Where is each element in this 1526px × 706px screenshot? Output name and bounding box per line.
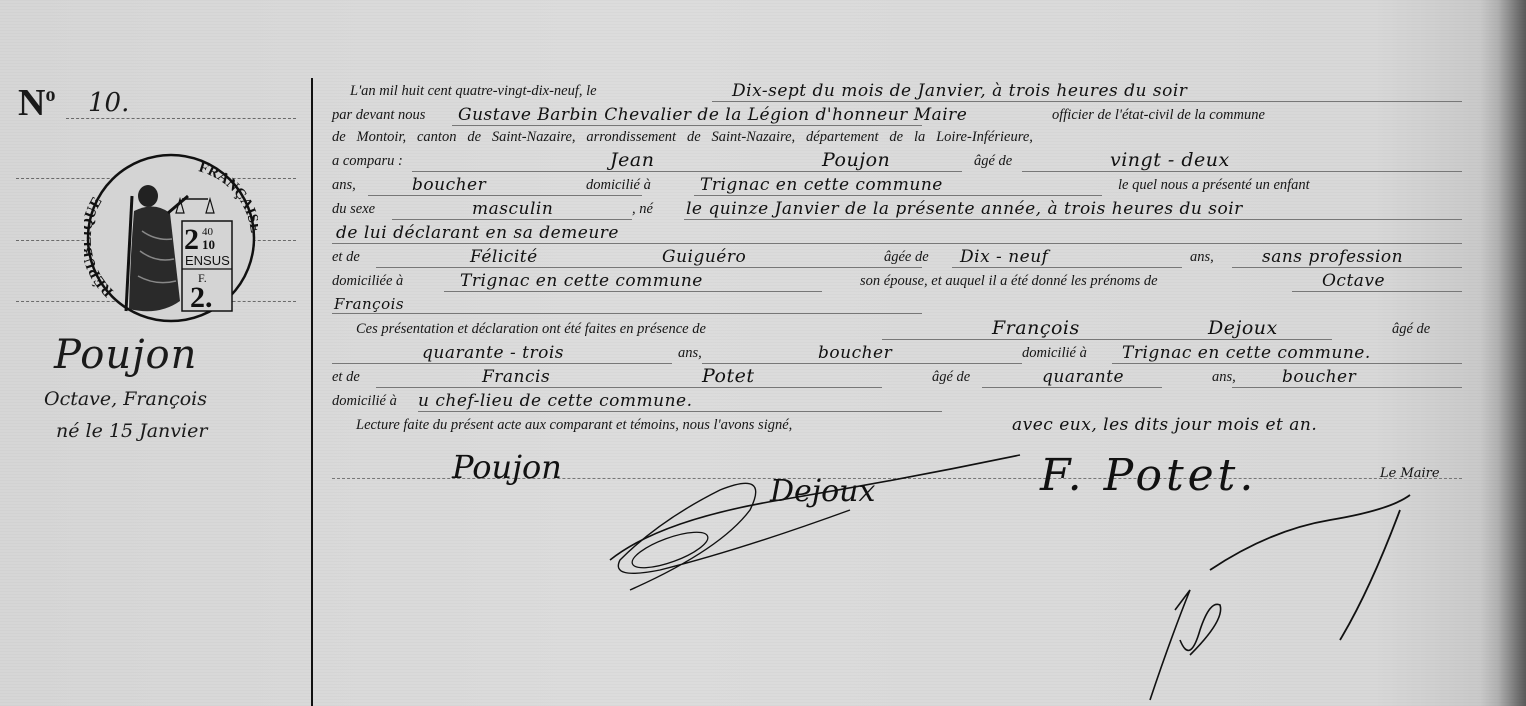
fill-line bbox=[1112, 363, 1462, 364]
body-line-mother-residence: domiciliée à Trignac en cette commune so… bbox=[332, 272, 1462, 294]
handwritten-child-second-name: François bbox=[334, 295, 404, 313]
handwritten-date: Dix-sept du mois de Janvier, à trois heu… bbox=[732, 81, 1187, 101]
handwritten-witness1-occupation: boucher bbox=[818, 343, 892, 363]
margin-given-names: Octave, François bbox=[44, 388, 207, 410]
handwritten-witness2-surname: Potet bbox=[702, 365, 754, 387]
body-line-birth-place: de lui déclarant en sa demeure bbox=[332, 224, 1462, 246]
body-line-officer: par devant nous Gustave Barbin Chevalier… bbox=[332, 106, 1462, 128]
printed-text: de Montoir, canton de Saint-Nazaire, arr… bbox=[332, 129, 1033, 146]
fill-line bbox=[332, 363, 672, 364]
fill-line bbox=[444, 291, 822, 292]
body-line-commune: de Montoir, canton de Saint-Nazaire, arr… bbox=[332, 128, 1462, 150]
handwritten-mother-occupation: sans profession bbox=[1262, 247, 1403, 267]
handwritten-child-first-name: Octave bbox=[1322, 271, 1385, 291]
printed-text: et de bbox=[332, 249, 360, 266]
signature-flourish-mayor-icon bbox=[1130, 490, 1460, 706]
fill-line bbox=[376, 387, 882, 388]
body-line-reading-statement: Lecture faite du présent acte aux compar… bbox=[332, 416, 1462, 438]
printed-text: âgé de bbox=[932, 369, 970, 386]
binding-edge-shadow bbox=[1498, 0, 1526, 706]
handwritten-mother-first-name: Félicité bbox=[470, 247, 538, 267]
republique-francaise-tax-stamp-icon: RÉPUBLIQUE FRANÇAISE 2 40 10 ENSUS F. 2. bbox=[84, 151, 258, 325]
printed-text: officier de l'état-civil de la commune bbox=[1052, 107, 1265, 124]
body-line-date: L'an mil huit cent quatre-vingt-dix-neuf… bbox=[332, 82, 1462, 104]
handwritten-father-surname: Poujon bbox=[822, 149, 890, 171]
handwritten-officer-name: Gustave Barbin Chevalier de la Légion d'… bbox=[458, 105, 967, 125]
fill-line bbox=[418, 411, 942, 412]
stamp-subtitle: ENSUS bbox=[185, 253, 230, 268]
handwritten-father-first-name: Jean bbox=[610, 149, 654, 171]
margin-divider-line bbox=[311, 78, 313, 706]
printed-text: domicilié à bbox=[586, 177, 651, 194]
handwritten-birth-date: le quinze Janvier de la présente année, … bbox=[686, 199, 1243, 219]
body-line-witness-1: Ces présentation et déclaration ont été … bbox=[332, 320, 1462, 342]
printed-text: domicilié à bbox=[1022, 345, 1087, 362]
fill-line bbox=[1232, 267, 1462, 268]
stamp-price-frac-bottom: 10 bbox=[202, 237, 215, 252]
fill-line bbox=[712, 101, 1462, 102]
signature-father: Poujon bbox=[452, 448, 562, 486]
fill-line bbox=[702, 363, 1022, 364]
printed-text: Lecture faite du présent acte aux compar… bbox=[356, 417, 792, 434]
printed-text: ans, bbox=[332, 177, 356, 194]
printed-text: du sexe bbox=[332, 201, 375, 218]
printed-text: par devant nous bbox=[332, 107, 425, 124]
handwritten-mother-surname: Guiguéro bbox=[662, 247, 746, 267]
body-line-mother: et de Félicité Guiguéro âgée de Dix - ne… bbox=[332, 248, 1462, 270]
fill-line bbox=[376, 267, 922, 268]
signature-flourish-witness1-icon bbox=[600, 450, 1040, 600]
fill-line bbox=[882, 339, 1332, 340]
handwritten-father-occupation: boucher bbox=[412, 175, 486, 195]
printed-text: domicilié à bbox=[332, 393, 397, 410]
printed-text: son épouse, et auquel il a été donné les… bbox=[860, 273, 1158, 290]
fill-line bbox=[952, 267, 1182, 268]
handwritten-closing: avec eux, les dits jour mois et an. bbox=[1012, 415, 1317, 435]
signature-witness-1: Dejoux bbox=[770, 474, 875, 509]
printed-text: ans, bbox=[1212, 369, 1236, 386]
fill-line bbox=[452, 125, 922, 126]
fill-line bbox=[1292, 291, 1462, 292]
body-line-witness-2-residence: domicilié à u chef-lieu de cette commune… bbox=[332, 392, 1462, 414]
fill-line bbox=[412, 171, 962, 172]
printed-text: âgé de bbox=[974, 153, 1012, 170]
handwritten-witness2-residence: u chef-lieu de cette commune. bbox=[418, 391, 693, 411]
number-label-text: N bbox=[18, 82, 45, 124]
fill-line bbox=[694, 195, 1102, 196]
fill-line bbox=[1232, 387, 1462, 388]
handwritten-witness1-first-name: François bbox=[992, 317, 1080, 339]
handwritten-birth-place: de lui déclarant en sa demeure bbox=[336, 223, 619, 243]
fill-line bbox=[332, 313, 922, 314]
handwritten-child-sex: masculin bbox=[472, 199, 553, 219]
printed-text: L'an mil huit cent quatre-vingt-dix-neuf… bbox=[350, 83, 597, 100]
printed-text: Ces présentation et déclaration ont été … bbox=[356, 321, 706, 338]
printed-text: , né bbox=[632, 201, 653, 218]
handwritten-witness2-occupation: boucher bbox=[1282, 367, 1356, 387]
printed-text: âgée de bbox=[884, 249, 929, 266]
fill-line bbox=[368, 195, 642, 196]
handwritten-father-age: vingt - deux bbox=[1110, 149, 1230, 171]
body-line-child-sex: du sexe masculin , né le quinze Janvier … bbox=[332, 200, 1462, 222]
printed-text: âgé de bbox=[1392, 321, 1430, 338]
record-number-label: No bbox=[18, 84, 55, 122]
printed-text: ans, bbox=[678, 345, 702, 362]
body-line-witness-2: et de Francis Potet âgé de quarante ans,… bbox=[332, 368, 1462, 390]
number-label-sup: o bbox=[45, 84, 55, 106]
handwritten-mother-residence: Trignac en cette commune bbox=[460, 271, 703, 291]
printed-text: domiciliée à bbox=[332, 273, 403, 290]
handwritten-father-residence: Trignac en cette commune bbox=[700, 175, 943, 195]
body-line-witness-1-details: quarante - trois ans, boucher domicilié … bbox=[332, 344, 1462, 366]
fill-line bbox=[332, 243, 1462, 244]
printed-text: a comparu : bbox=[332, 153, 403, 170]
handwritten-witness1-residence: Trignac en cette commune. bbox=[1122, 343, 1371, 363]
handwritten-witness1-age: quarante - trois bbox=[422, 343, 564, 363]
margin-surname: Poujon bbox=[54, 332, 197, 378]
body-line-child-second-name: François bbox=[332, 294, 1462, 316]
printed-text: et de bbox=[332, 369, 360, 386]
printed-text: le quel nous a présenté un enfant bbox=[1118, 177, 1310, 194]
fill-line bbox=[982, 387, 1162, 388]
fill-line bbox=[392, 219, 632, 220]
handwritten-witness1-surname: Dejoux bbox=[1208, 317, 1278, 339]
printed-text: ans, bbox=[1190, 249, 1214, 266]
stamp-price-main: 2 bbox=[184, 223, 199, 256]
handwritten-witness2-age: quarante bbox=[1042, 367, 1124, 387]
scanned-document-page: No 10. RÉPUBLIQUE FRANÇAISE bbox=[0, 0, 1526, 706]
stamp-fee-value: 2. bbox=[190, 281, 213, 314]
body-line-father: a comparu : Jean Poujon âgé de vingt - d… bbox=[332, 152, 1462, 174]
fill-line bbox=[684, 219, 1462, 220]
record-number-value: 10. bbox=[88, 88, 129, 118]
fill-line bbox=[1022, 171, 1462, 172]
handwritten-witness2-first-name: Francis bbox=[482, 367, 550, 387]
number-dotted-line bbox=[66, 118, 296, 119]
margin-birth-note: né le 15 Janvier bbox=[56, 420, 207, 442]
mayor-title: Le Maire bbox=[1380, 466, 1440, 481]
handwritten-mother-age: Dix - neuf bbox=[960, 247, 1048, 267]
body-line-father-occupation: ans, boucher domicilié à Trignac en cett… bbox=[332, 176, 1462, 198]
